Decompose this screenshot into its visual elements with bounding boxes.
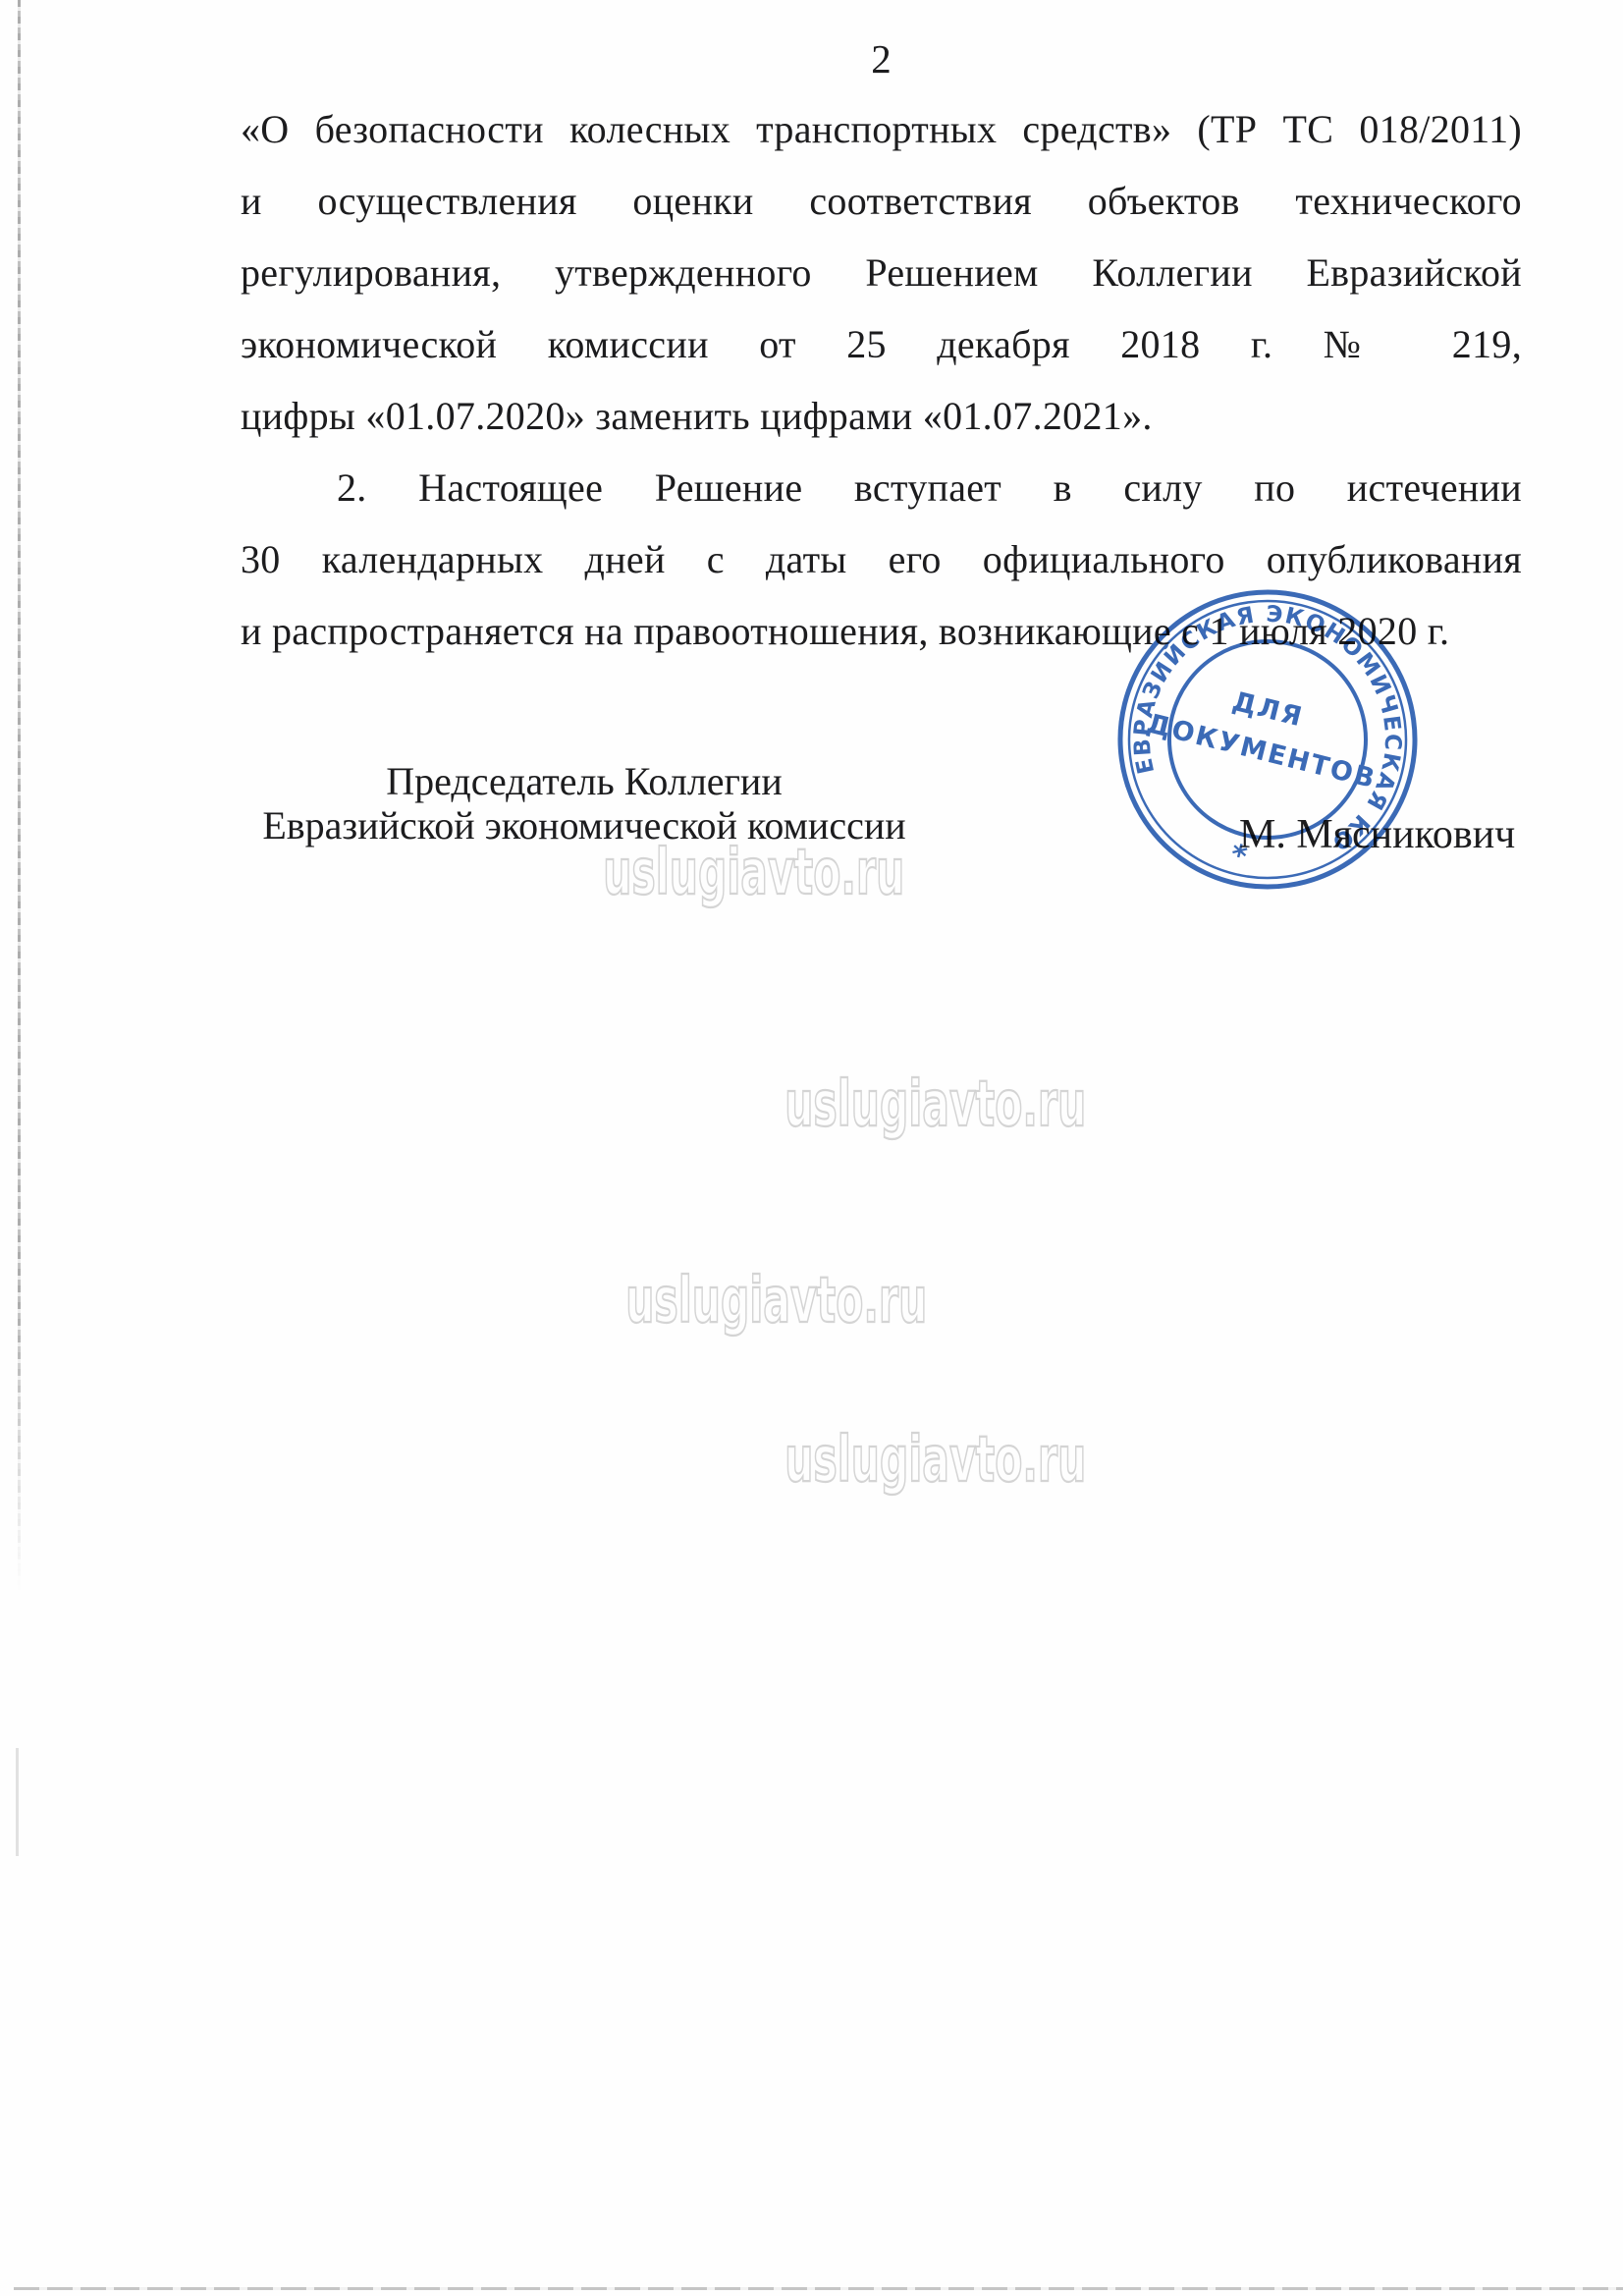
scan-edge-line-bottom xyxy=(14,2287,1623,2290)
paragraph-line-3: регулирования, утвержденного Решением Ко… xyxy=(241,237,1522,308)
paragraph-line-7: 30 календарных дней с даты его официальн… xyxy=(241,523,1522,595)
signatory-title-line-1: Председатель Коллегии xyxy=(241,759,928,803)
watermark-text: uslugiavto.ru xyxy=(625,1270,839,1333)
paragraph-line-5: цифры «01.07.2020» заменить цифрами «01.… xyxy=(241,380,1522,452)
scan-edge-smudge-left xyxy=(16,1748,19,1856)
watermark-text: uslugiavto.ru xyxy=(784,1429,999,1492)
watermark-text: uslugiavto.ru xyxy=(784,1073,999,1136)
paragraph-line-1: «О безопасности колесных транспортных ср… xyxy=(241,93,1522,165)
page-number: 2 xyxy=(241,35,1522,82)
paragraph-block: «О безопасности колесных транспортных ср… xyxy=(241,93,1522,667)
scan-edge-line-left xyxy=(18,0,21,1591)
stamp-center-line-1: ДЛЯ xyxy=(1229,686,1307,734)
document-page: 2 «О безопасности колесных транспортных … xyxy=(0,0,1623,2296)
stamp-star-icon: * xyxy=(1227,838,1251,875)
watermark-text: uslugiavto.ru xyxy=(603,842,817,904)
signatory-title-line-2: Евразийской экономической комиссии xyxy=(241,803,928,847)
paragraph-line-4: экономической комиссии от 25 декабря 201… xyxy=(241,308,1522,380)
paragraph-line-6: 2. Настоящее Решение вступает в силу по … xyxy=(241,452,1522,523)
signature-block: Председатель Коллегии Евразийской эконом… xyxy=(241,759,928,847)
paragraph-line-2: и осуществления оценки соответствия объе… xyxy=(241,165,1522,237)
